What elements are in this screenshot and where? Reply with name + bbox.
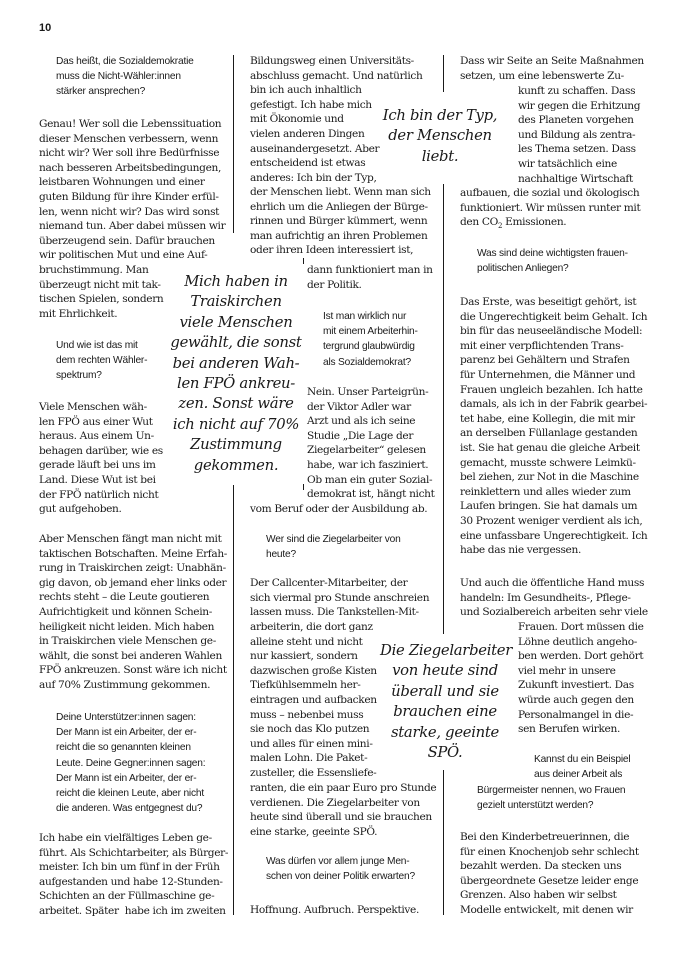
question-rechtes-spektrum: Und wie ist das mit dem rechten Wähler- … xyxy=(56,338,147,384)
pull-quote: Ich bin der Typ, der Menschen liebt. xyxy=(380,106,500,167)
pull-quote: Mich haben in Traiskirchen viele Mensche… xyxy=(166,272,306,476)
pull-quote: Die Ziegelarbeiter von heute sind überal… xyxy=(380,641,510,763)
answer-paragraph: Bei den Kinderbetreuerinnen, die für ein… xyxy=(460,830,639,918)
text-segment: Emissionen. xyxy=(502,216,566,228)
column-rule xyxy=(443,184,444,634)
answer-paragraph: bruchstimmung. Man überzeugt nicht mit t… xyxy=(39,263,163,321)
column-rule xyxy=(233,485,234,915)
answer-paragraph-co2: aufbauen, die sozial und ökologisch funk… xyxy=(460,186,640,234)
question-beispiel: Kannst du ein Beispiel aus deiner Arbeit… xyxy=(534,752,630,782)
column-rule xyxy=(233,55,234,233)
question-nichtwaehler: Das heißt, die Sozialdemokratie muss die… xyxy=(56,54,194,100)
answer-paragraph: Das Erste, was beseitigt gehört, ist die… xyxy=(460,295,647,558)
answer-paragraph: Dass wir Seite an Seite Maßnahmen setzen… xyxy=(460,54,644,83)
question-ziegelarbeiter: Wer sind die Ziegelarbeiter von heute? xyxy=(266,532,401,562)
answer-paragraph: Und auch die öffentliche Hand muss hande… xyxy=(460,576,648,620)
answer-paragraph: kunft zu schaffen. Dass wir gegen die Er… xyxy=(518,84,640,186)
column-rule xyxy=(303,484,304,490)
question-beispiel-cont: Bürgermeister nennen, wo Frauen gezielt … xyxy=(477,783,625,813)
answer-paragraph: Ich habe ein vielfältiges Leben ge- führ… xyxy=(39,831,228,919)
question-junge-menschen: Was dürfen vor allem junge Men- schen vo… xyxy=(266,854,415,884)
answer-paragraph: arbeiterin, die dort ganz alleine steht … xyxy=(250,620,377,781)
answer-paragraph: der Menschen liebt. Wenn man sich ehrlic… xyxy=(250,185,431,258)
question-frauenpolitik: Was sind deine wichtigsten frauen- polit… xyxy=(477,246,628,276)
answer-paragraph: dann funktioniert man in der Politik. xyxy=(307,263,433,292)
question-unterstuetzer: Deine Unterstützer:innen sagen: Der Mann… xyxy=(56,710,205,816)
answer-paragraph: Nein. Unser Parteigrün- der Viktor Adler… xyxy=(307,385,435,502)
answer-paragraph: ranten, die ein paar Euro pro Stunde ver… xyxy=(250,781,436,839)
answer-paragraph: vom Beruf oder der Ausbildung ab. xyxy=(250,502,427,517)
answer-paragraph: Frauen. Dort müssen die Löhne deutlich a… xyxy=(518,620,644,737)
page-number: 10 xyxy=(39,22,51,34)
question-arbeiterhintergrund: Ist man wirklich nur mit einem Arbeiterh… xyxy=(323,309,418,370)
answer-paragraph: Genau! Wer soll die Lebenssituation dies… xyxy=(39,117,225,263)
column-rule xyxy=(443,55,444,92)
answer-paragraph: Hoffnung. Aufbruch. Perspektive. xyxy=(250,903,419,918)
answer-paragraph: Viele Menschen wäh- len FPÖ aus einer Wu… xyxy=(39,400,163,517)
answer-paragraph: Aber Menschen fängt man nicht mit taktis… xyxy=(39,532,227,693)
column-rule xyxy=(443,770,444,915)
answer-paragraph: Der Callcenter-Mitarbeiter, der sich vie… xyxy=(250,576,429,620)
column-rule xyxy=(303,258,304,264)
